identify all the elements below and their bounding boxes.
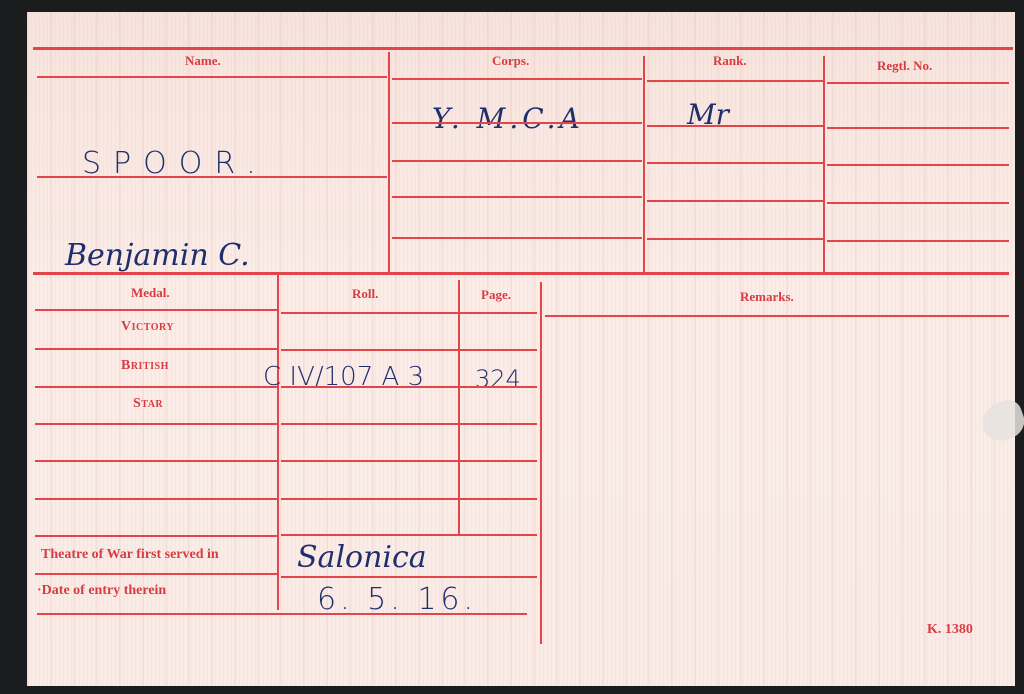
theatre-value-rule: [281, 576, 537, 578]
name-header-rule: [37, 76, 387, 78]
form-number: K. 1380: [927, 622, 973, 638]
roll-header: Roll.: [352, 286, 378, 302]
roll-rule-3: [281, 386, 537, 388]
theatre-entry: Salonica: [297, 540, 427, 575]
regtl-no-header: Regtl. No.: [877, 58, 932, 74]
entry-date-value: 6. 5. 16.: [317, 582, 477, 617]
medal-british: British: [121, 358, 169, 374]
rank-rule-1: [647, 80, 823, 82]
remarks-header: Remarks.: [740, 289, 794, 305]
name-header: Name.: [185, 53, 221, 69]
corps-rule-4: [392, 196, 642, 198]
page-remarks-divider: [540, 282, 542, 644]
medal-roll-divider: [277, 275, 279, 610]
medal-rule-5: [35, 460, 277, 462]
theatre-rule: [35, 573, 277, 575]
medal-victory: Victory: [121, 319, 174, 335]
corps-entry: Y. M.C.A: [432, 102, 584, 135]
rank-header: Rank.: [713, 53, 747, 69]
roll-page-divider: [458, 280, 460, 535]
corps-rule-2: [392, 122, 642, 124]
roll-rule-5: [281, 460, 537, 462]
medal-header: Medal.: [131, 285, 170, 301]
regtl-rule-1: [827, 82, 1009, 84]
entry-date-label: ·Date of entry therein: [37, 583, 166, 599]
medal-rule-7: [35, 535, 277, 537]
medal-rule-4: [35, 423, 277, 425]
page-header: Page.: [481, 287, 511, 303]
theatre-label: Theatre of War first served in: [41, 547, 219, 563]
medal-rule-1: [35, 309, 277, 311]
roll-rule-1: [281, 312, 537, 314]
corps-header: Corps.: [492, 53, 529, 69]
surname-rule: [37, 176, 387, 178]
corps-rank-divider: [643, 56, 645, 274]
rank-rule-3: [647, 162, 823, 164]
regtl-rule-4: [827, 202, 1009, 204]
corps-rule-1: [392, 78, 642, 80]
name-corps-divider: [388, 52, 390, 274]
corps-rule-3: [392, 160, 642, 162]
medal-rule-3: [35, 386, 277, 388]
roll-rule-4: [281, 423, 537, 425]
regtl-rule-3: [827, 164, 1009, 166]
roll-rule-7: [281, 534, 537, 536]
roll-rule-2: [281, 349, 537, 351]
regtl-rule-5: [827, 240, 1009, 242]
top-rule: [33, 47, 1013, 50]
middle-rule: [33, 272, 1009, 275]
regtl-rule-2: [827, 127, 1009, 129]
medal-index-card: Name. SPOOR. Benjamin C. Corps. Y. M.C.A…: [27, 12, 1015, 686]
rank-rule-2: [647, 125, 823, 127]
roll-rule-6: [281, 498, 537, 500]
british-page-entry: 324: [475, 365, 521, 393]
medal-star: Star: [133, 396, 163, 412]
medal-rule-2: [35, 348, 277, 350]
watermark-leaf-icon: [977, 396, 1024, 446]
medal-rule-6: [35, 498, 277, 500]
rank-regtl-divider: [823, 56, 825, 274]
forenames-entry: Benjamin C.: [65, 238, 250, 273]
entry-date-rule: [37, 613, 527, 615]
remarks-header-rule: [545, 315, 1009, 317]
corps-rule-5: [392, 237, 642, 239]
rank-rule-4: [647, 200, 823, 202]
rank-rule-5: [647, 238, 823, 240]
